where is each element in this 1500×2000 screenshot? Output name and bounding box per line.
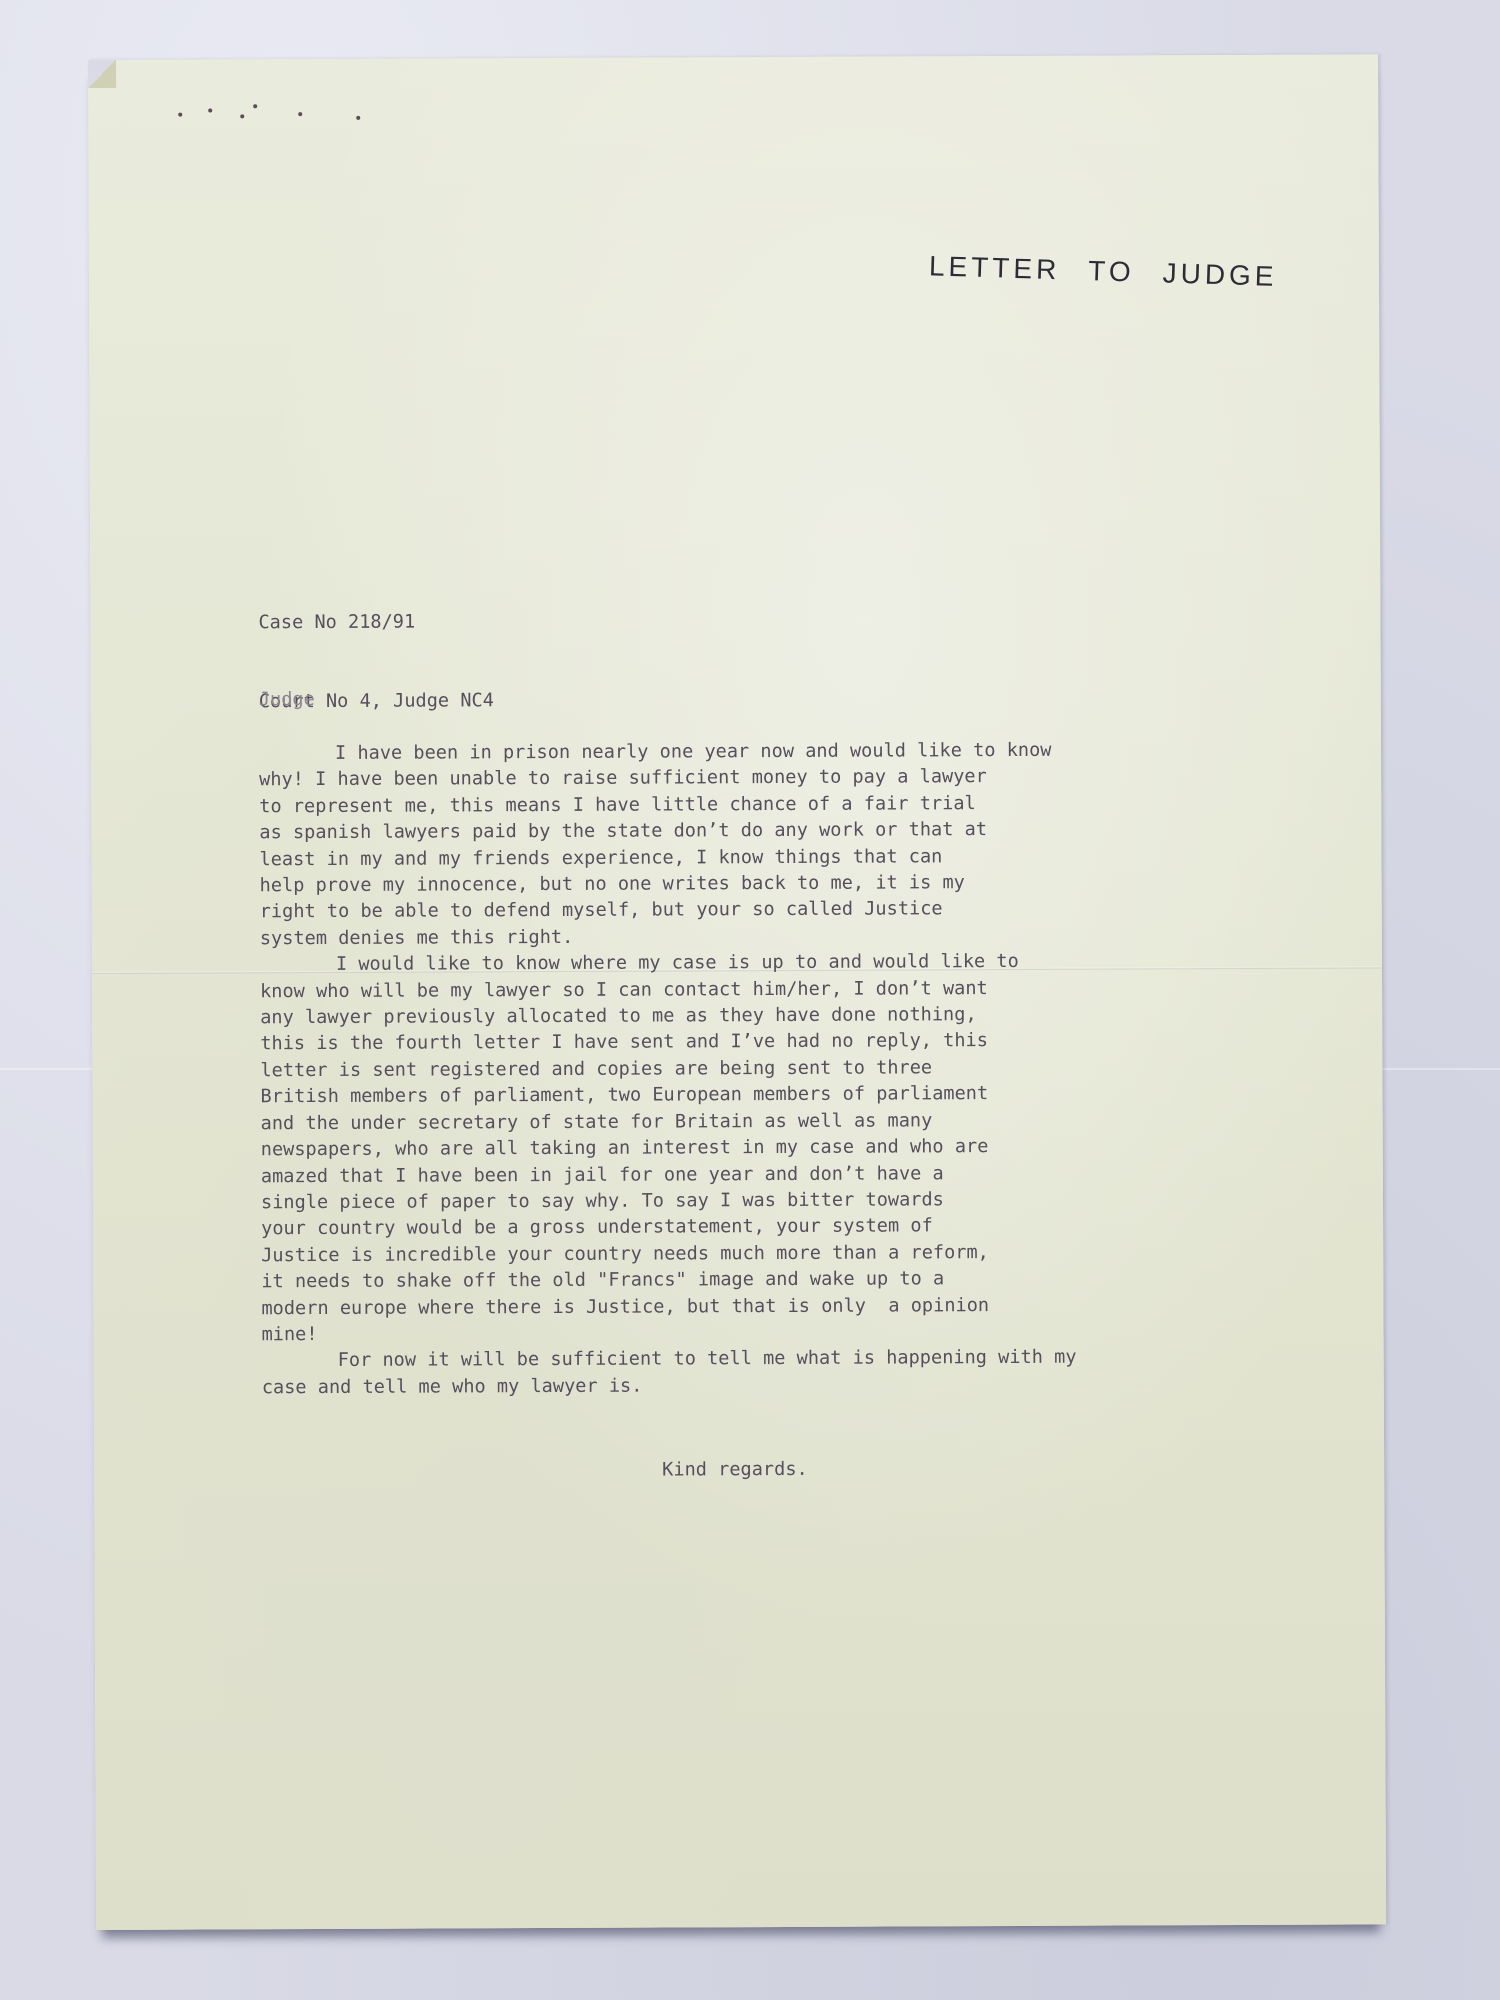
handwritten-label: LETTERTOJUDGE [929, 250, 1278, 293]
body-line: I have been in prison nearly one year no… [259, 738, 1074, 768]
body-line: Justice is incredible your country needs… [261, 1239, 1076, 1269]
body-line: British members of parliament, two Europ… [260, 1081, 1075, 1111]
body-line: help prove my innocence, but no one writ… [260, 870, 1075, 900]
handwritten-word: LETTER [929, 250, 1061, 285]
case-number: Case No 218/91 [258, 609, 493, 636]
body-line: newspapers, who are all taking an intere… [261, 1134, 1076, 1164]
body-line: this is the fourth letter I have sent an… [260, 1028, 1075, 1058]
body-line: any lawyer previously allocated to me as… [260, 1002, 1075, 1032]
body-line: case and tell me who my lawyer is. [262, 1371, 1077, 1401]
handwritten-word: JUDGE [1162, 257, 1278, 291]
body-line: least in my and my friends experience, I… [259, 843, 1074, 873]
body-line: right to be able to defend myself, but y… [260, 896, 1075, 926]
body-line: amazed that I have been in jail for one … [261, 1160, 1076, 1190]
body-line: modern europe where there is Justice, bu… [261, 1292, 1076, 1322]
body-line: mine! [262, 1319, 1077, 1349]
body-line: For now it will be sufficient to tell me… [262, 1345, 1077, 1375]
body-line: letter is sent registered and copies are… [260, 1055, 1075, 1085]
staple-holes [178, 104, 378, 125]
body-line: it needs to shake off the old "Francs" i… [261, 1266, 1076, 1296]
letter-body: I have been in prison nearly one year no… [259, 738, 1077, 1402]
body-line: your country would be a gross understate… [261, 1213, 1076, 1243]
body-line: system denies me this right. [260, 923, 1075, 953]
body-line: single piece of paper to say why. To say… [261, 1187, 1076, 1217]
salutation: Judge [259, 687, 315, 714]
body-line: I would like to know where my case is up… [260, 949, 1075, 979]
folded-corner-flap [88, 60, 116, 88]
body-line: know who will be my lawyer so I can cont… [260, 975, 1075, 1005]
handwritten-word: TO [1088, 255, 1135, 287]
case-reference: Case No 218/91 Court No 4, Judge NC4 [258, 556, 494, 768]
closing: Kind regards. [662, 1459, 808, 1481]
letter-page: LETTERTOJUDGE Case No 218/91 Court No 4,… [88, 54, 1386, 1930]
body-line: and the under secretary of state for Bri… [261, 1107, 1076, 1137]
body-line: to represent me, this means I have littl… [259, 791, 1074, 821]
body-line: as spanish lawyers paid by the state don… [259, 817, 1074, 847]
body-line: why! I have been unable to raise suffici… [259, 764, 1074, 794]
